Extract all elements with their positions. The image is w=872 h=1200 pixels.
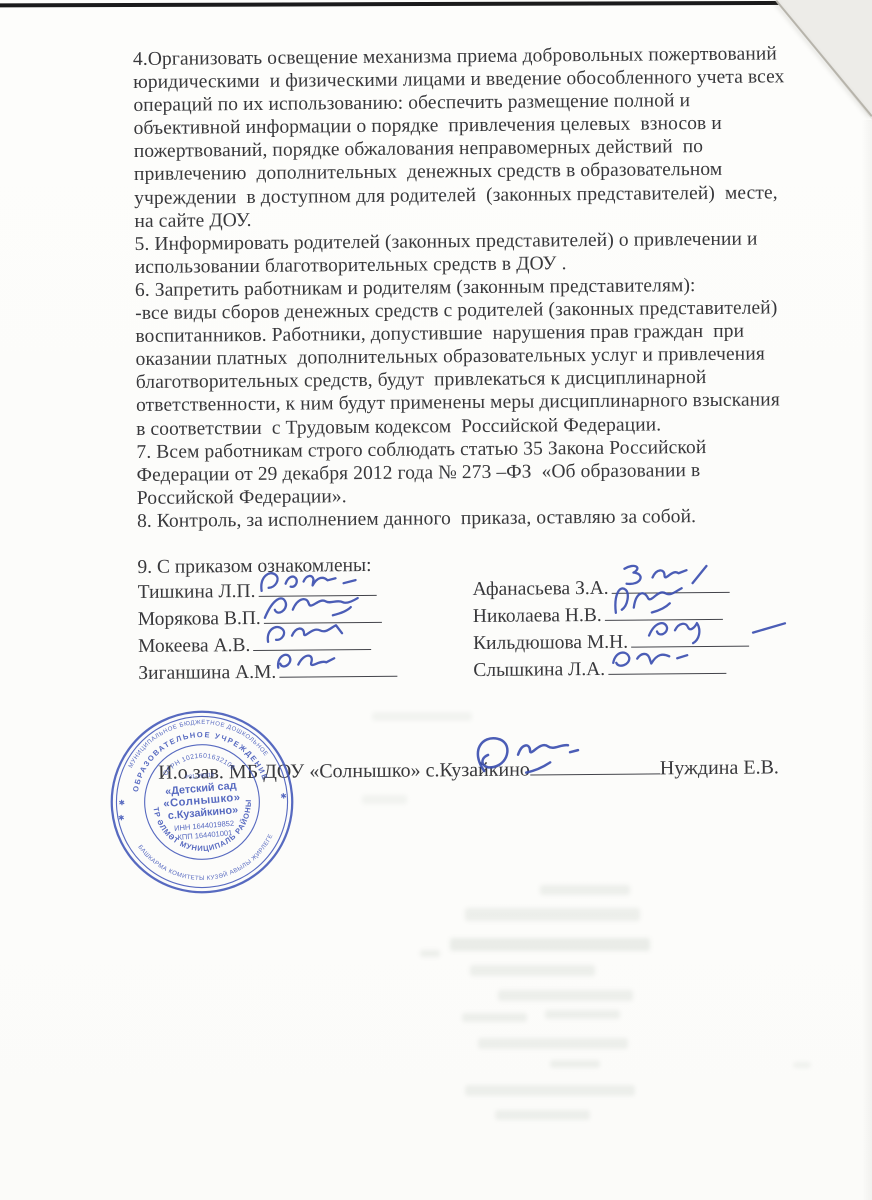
signer-row: Мокеева А.В. [138, 634, 371, 658]
official-round-stamp: МУНИЦИПАЛЬНОЕ БЮДЖЕТНОЕ ДОШКОЛЬНОЕ ОБРАЗ… [100, 700, 304, 904]
signer-name: Афанасьева З.А. [473, 578, 609, 600]
signature-line [253, 635, 371, 651]
signer-row: Тишкина Л.П. [138, 580, 377, 604]
signer-name: Мокеева А.В. [138, 635, 250, 657]
closing-name: Нуждина Е.В. [660, 756, 779, 779]
signer-name: Кильдюшова М.Н. [473, 632, 628, 654]
signer-name: Морякова В.П. [138, 608, 261, 630]
signer-row: Николаева Н.В. [473, 604, 723, 628]
typed-text-layer: 4.Организовать освещение механизма прием… [0, 0, 872, 1200]
signature-line [631, 632, 749, 648]
signature-line [530, 759, 660, 775]
signer-name: Слышкина Л.А. [473, 659, 605, 681]
signer-row: Слышкина Л.А. [473, 658, 726, 682]
signature-line [258, 581, 376, 597]
signer-row: Зиганшина А.М. [138, 661, 397, 685]
signature-line [612, 578, 730, 594]
stamp-code-text: Р31-290/16 [185, 772, 215, 781]
scanned-document-page: 4.Организовать освещение механизма прием… [0, 0, 872, 1200]
signature-line [608, 659, 726, 675]
stamp-star-icon: ✱ [118, 813, 126, 823]
signer-row: Афанасьева З.А. [473, 577, 730, 601]
signer-name: Тишкина Л.П. [138, 581, 256, 603]
order-body-text: 4.Организовать освещение механизма прием… [133, 42, 788, 533]
stamp-star-icon: ✱ [118, 798, 126, 808]
signature-line [279, 662, 397, 678]
signature-line [264, 608, 382, 624]
signature-line [605, 605, 723, 621]
signer-name: Николаева Н.В. [473, 605, 602, 627]
acknowledgement-heading: 9. С приказом ознакомлены: [137, 555, 371, 579]
order-text-line: 8. Контроль, за исполнением данного прик… [137, 504, 788, 533]
signer-row: Кильдюшова М.Н. [473, 631, 749, 655]
signer-name: Зиганшина А.М. [138, 662, 276, 684]
pen-dash-mark [751, 620, 791, 636]
signer-row: Морякова В.П. [138, 607, 382, 631]
